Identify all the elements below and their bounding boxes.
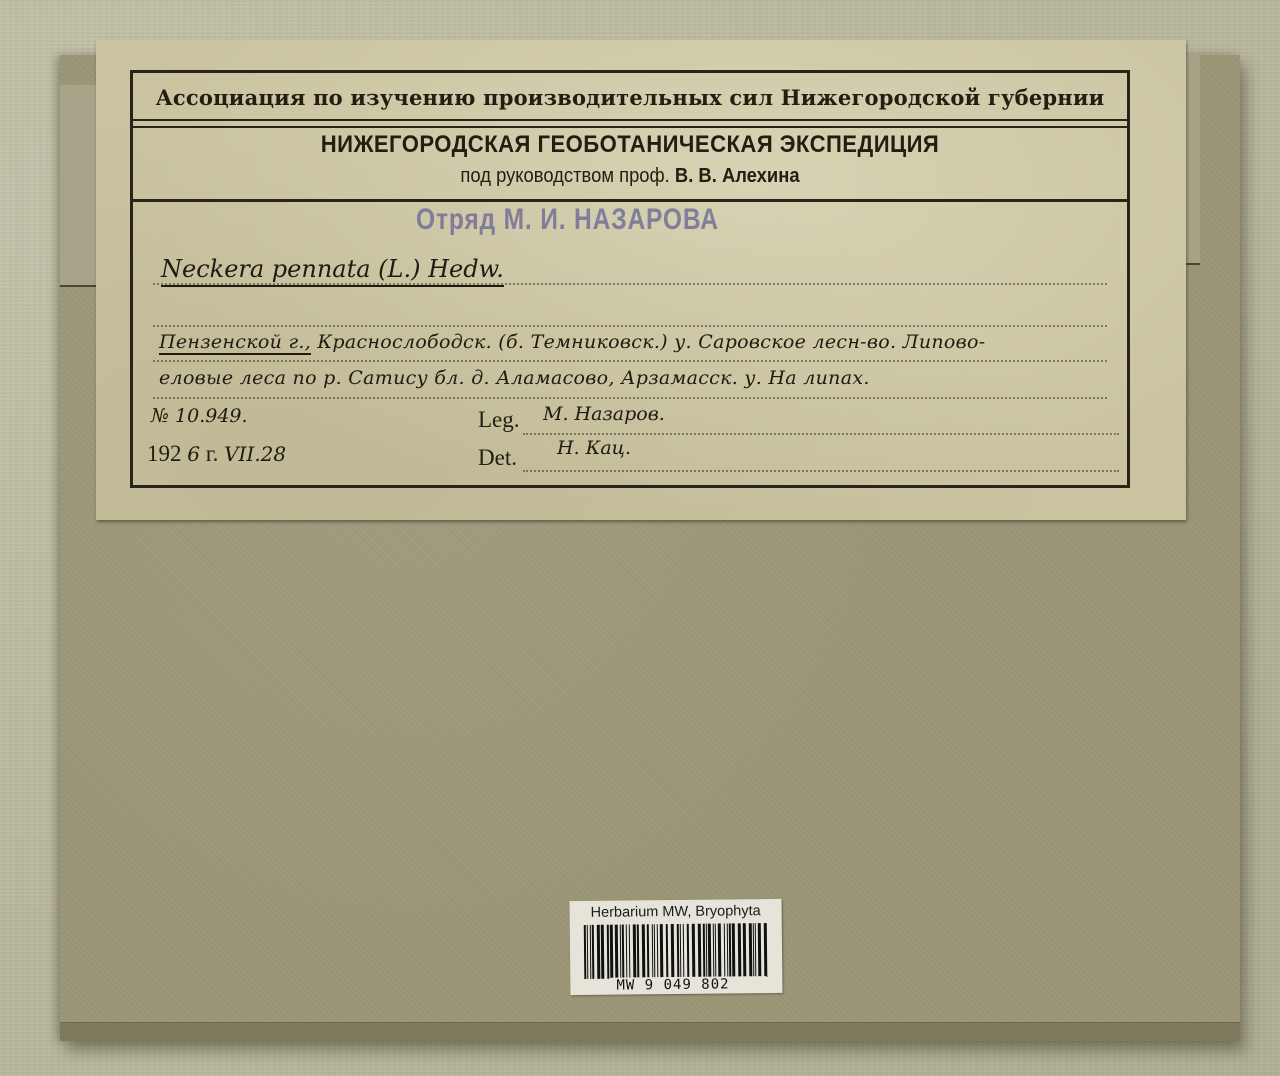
dotted-line [153,325,1107,327]
locality-line-2: еловые леса по р. Сатису бл. д. Аламасов… [159,367,870,389]
year-prefix: 192 [147,441,182,466]
det-dotted-line [523,470,1119,472]
header-divider [133,119,1127,128]
association-heading: Ассоциация по изучению производительных … [133,85,1127,110]
director-prefix: под руководством проф. [460,165,669,187]
specimen-label: Ассоциация по изучению производительных … [96,40,1186,520]
determiner-name: Н. Кац. [557,437,631,459]
locality-province: Пензенской г., [159,331,311,355]
locality-district: Краснослободск. (б. Темниковск.) у. Саро… [317,331,985,353]
det-label: Det. [478,445,517,471]
packet-flap-left [60,85,98,287]
barcode-icon [584,923,771,979]
packet-bottom-edge [60,1022,1240,1041]
label-frame: Ассоциация по изучению производительных … [130,70,1130,488]
section-divider [133,199,1127,202]
dotted-line [153,397,1107,399]
year-suffix: г. [206,441,219,466]
year-digit: 6 [187,442,200,466]
barcode-number: MW 9 049 802 [610,976,766,994]
collector-stamp: Отряд М. И. НАЗАРОВА [416,203,719,237]
leg-dotted-line [523,433,1119,435]
species-name: Neckera pennata (L.) Hedw. [161,255,504,287]
locality-line-1: Пензенской г., Краснослободск. (б. Темни… [159,331,985,353]
leg-label: Leg. [478,407,520,433]
herbarium-title: Herbarium MW, Bryophyta [570,903,782,921]
collection-date: 192 6 г. VII.28 [147,441,286,467]
dotted-line [153,360,1107,362]
collector-name: М. Назаров. [543,403,665,425]
expedition-title: НИЖЕГОРОДСКАЯ ГЕОБОТАНИЧЕСКАЯ ЭКСПЕДИЦИЯ [173,131,1087,159]
barcode-label: Herbarium MW, Bryophyta MW 9 049 802 [570,899,783,995]
collection-day-month: VII.28 [224,442,286,466]
director-line: под руководством проф. В. В. Алехина [173,165,1087,188]
collection-number: № 10.949. [151,405,248,427]
director-name: В. В. Алехина [675,165,800,187]
